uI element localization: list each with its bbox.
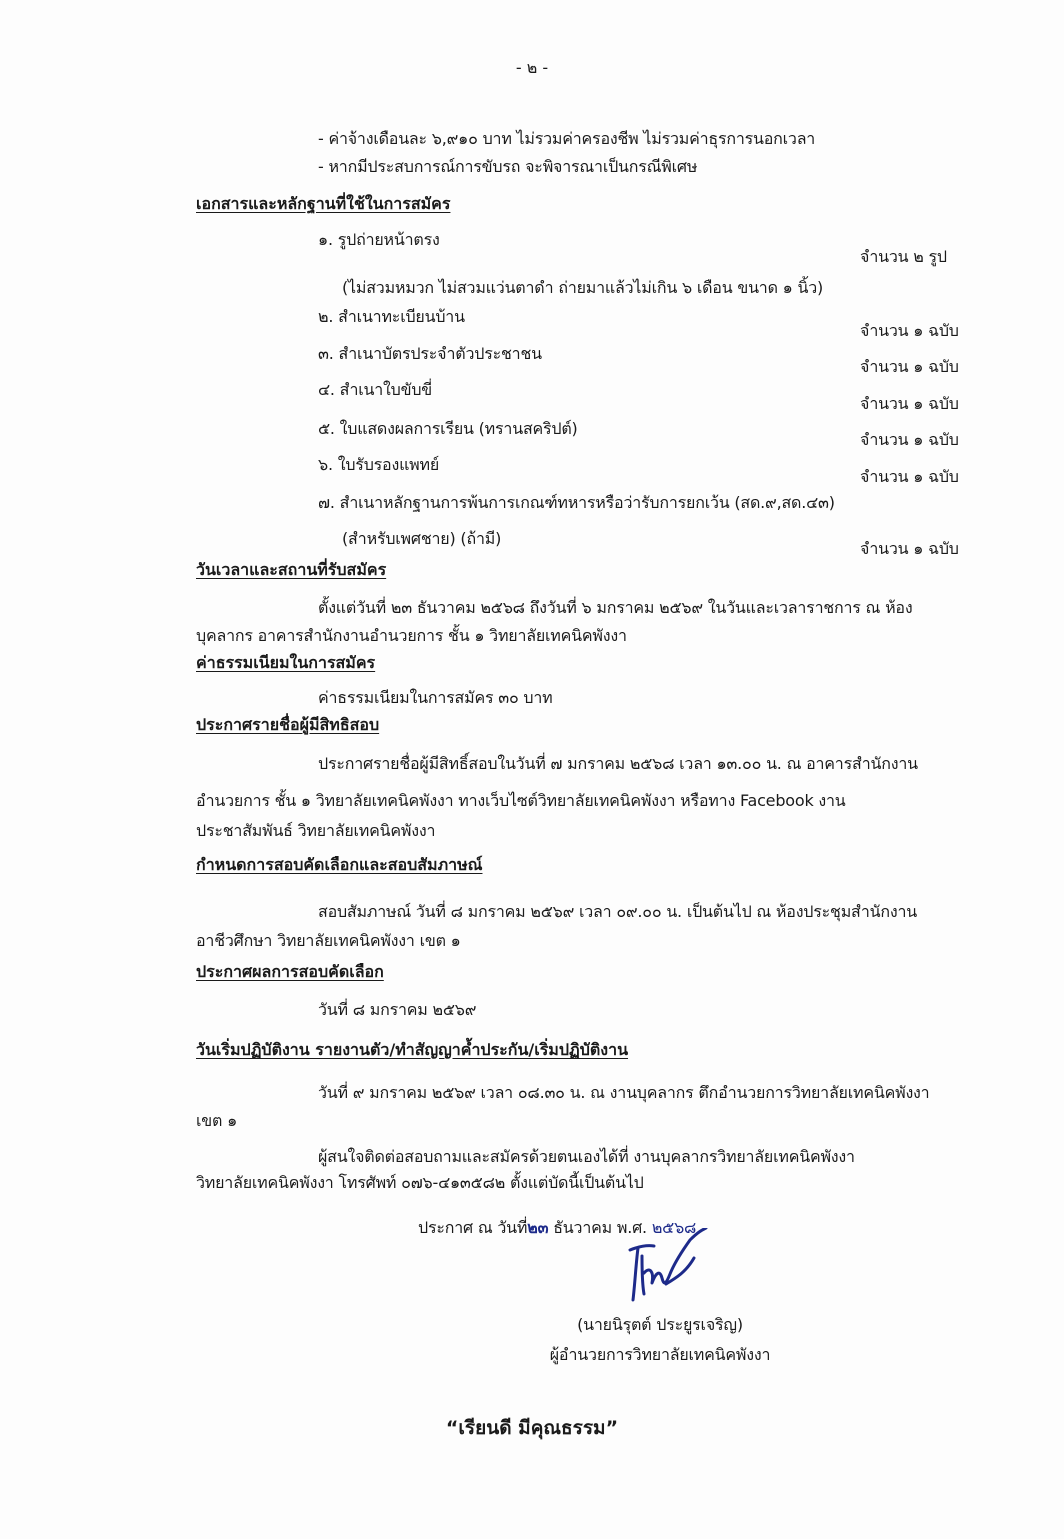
eligible-list-line: ประชาสัมพันธ์ วิทยาลัยเทคนิคพังงา <box>196 820 435 842</box>
signatory-name: (นายนิรุตต์ ประยูรเจริญ) <box>540 1314 780 1336</box>
document-item-qty: จำนวน ๑ ฉบับ <box>860 429 959 451</box>
start-work-line: เขต ๑ <box>196 1110 237 1132</box>
announcement-prefix: ประกาศ ณ วันที่ <box>418 1218 527 1237</box>
documents-heading: เอกสารและหลักฐานที่ใช้ในการสมัคร <box>196 192 450 217</box>
document-item-label: ๒. สำเนาทะเบียนบ้าน <box>318 306 465 328</box>
salary-bullet: - ค่าจ้างเดือนละ ๖,๙๑๐ บาท ไม่รวมค่าครอง… <box>318 128 815 150</box>
document-item-label: ๗. สำเนาหลักฐานการพ้นการเกณฑ์ทหารหรือว่า… <box>318 492 835 514</box>
start-work-line: วันที่ ๙ มกราคม ๒๕๖๙ เวลา ๐๘.๓๐ น. ณ งาน… <box>318 1082 929 1104</box>
document-item-label: ๑. รูปถ่ายหน้าตรง <box>318 229 440 251</box>
exam-schedule-line: สอบสัมภาษณ์ วันที่ ๘ มกราคม ๒๕๖๙ เวลา ๐๙… <box>318 901 917 923</box>
results-heading: ประกาศผลการสอบคัดเลือก <box>196 960 384 985</box>
application-period-line: บุคลากร อาคารสำนักงานอำนวยการ ชั้น ๑ วิท… <box>196 625 627 647</box>
page-number: - ๒ - <box>0 56 1064 81</box>
contact-line: วิทยาลัยเทคนิคพังงา โทรศัพท์ ๐๗๖-๔๑๓๕๘๒ … <box>196 1172 644 1194</box>
eligible-list-heading: ประกาศรายชื่อผู้มีสิทธิสอบ <box>196 713 379 738</box>
results-line: วันที่ ๘ มกราคม ๒๕๖๙ <box>318 999 476 1021</box>
fee-heading: ค่าธรรมเนียมในการสมัคร <box>196 651 375 676</box>
motto: “เรียนดี มีคุณธรรม” <box>0 1413 1064 1443</box>
document-item-qty: จำนวน ๑ ฉบับ <box>860 393 959 415</box>
experience-bullet: - หากมีประสบการณ์การขับรถ จะพิจารณาเป็นก… <box>318 156 697 178</box>
document-item-note: (ไม่สวมหมวก ไม่สวมแว่นตาดำ ถ่ายมาแล้วไม่… <box>342 277 823 299</box>
start-work-heading: วันเริ่มปฏิบัติงาน รายงานตัว/ทำสัญญาค้ำป… <box>196 1038 628 1063</box>
document-item-label: ๕. ใบแสดงผลการเรียน (ทรานสคริปต์) <box>318 418 578 440</box>
document-item-label: ๖. ใบรับรองแพทย์ <box>318 454 439 476</box>
document-item-qty: จำนวน ๑ ฉบับ <box>860 320 959 342</box>
eligible-list-line: อำนวยการ ชั้น ๑ วิทยาลัยเทคนิคพังงา ทางเ… <box>196 790 846 812</box>
signature-icon <box>620 1228 730 1308</box>
signatory-title: ผู้อำนวยการวิทยาลัยเทคนิคพังงา <box>520 1344 800 1366</box>
fee-line: ค่าธรรมเนียมในการสมัคร ๓๐ บาท <box>318 687 553 709</box>
contact-line: ผู้สนใจติดต่อสอบถามและสมัครด้วยตนเองได้ท… <box>318 1146 855 1168</box>
exam-schedule-heading: กำหนดการสอบคัดเลือกและสอบสัมภาษณ์ <box>196 853 482 878</box>
exam-schedule-line: อาชีวศึกษา วิทยาลัยเทคนิคพังงา เขต ๑ <box>196 930 461 952</box>
handwritten-day: ๒๓ <box>527 1218 548 1237</box>
document-item-label: ๓. สำเนาบัตรประจำตัวประชาชน <box>318 343 542 365</box>
document-item-label: ๔. สำเนาใบขับขี่ <box>318 379 432 401</box>
document-item-qty: จำนวน ๑ ฉบับ <box>860 466 959 488</box>
document-item-qty: จำนวน ๒ รูป <box>860 246 947 268</box>
application-period-heading: วันเวลาและสถานที่รับสมัคร <box>196 558 386 583</box>
application-period-line: ตั้งแต่วันที่ ๒๓ ธันวาคม ๒๕๖๘ ถึงวันที่ … <box>318 597 912 619</box>
eligible-list-line: ประกาศรายชื่อผู้มีสิทธิ์สอบในวันที่ ๗ มก… <box>318 753 918 775</box>
document-item-qty: จำนวน ๑ ฉบับ <box>860 538 959 560</box>
document-item-qty: จำนวน ๑ ฉบับ <box>860 356 959 378</box>
document-item-note: (สำหรับเพศชาย) (ถ้ามี) <box>342 528 501 550</box>
